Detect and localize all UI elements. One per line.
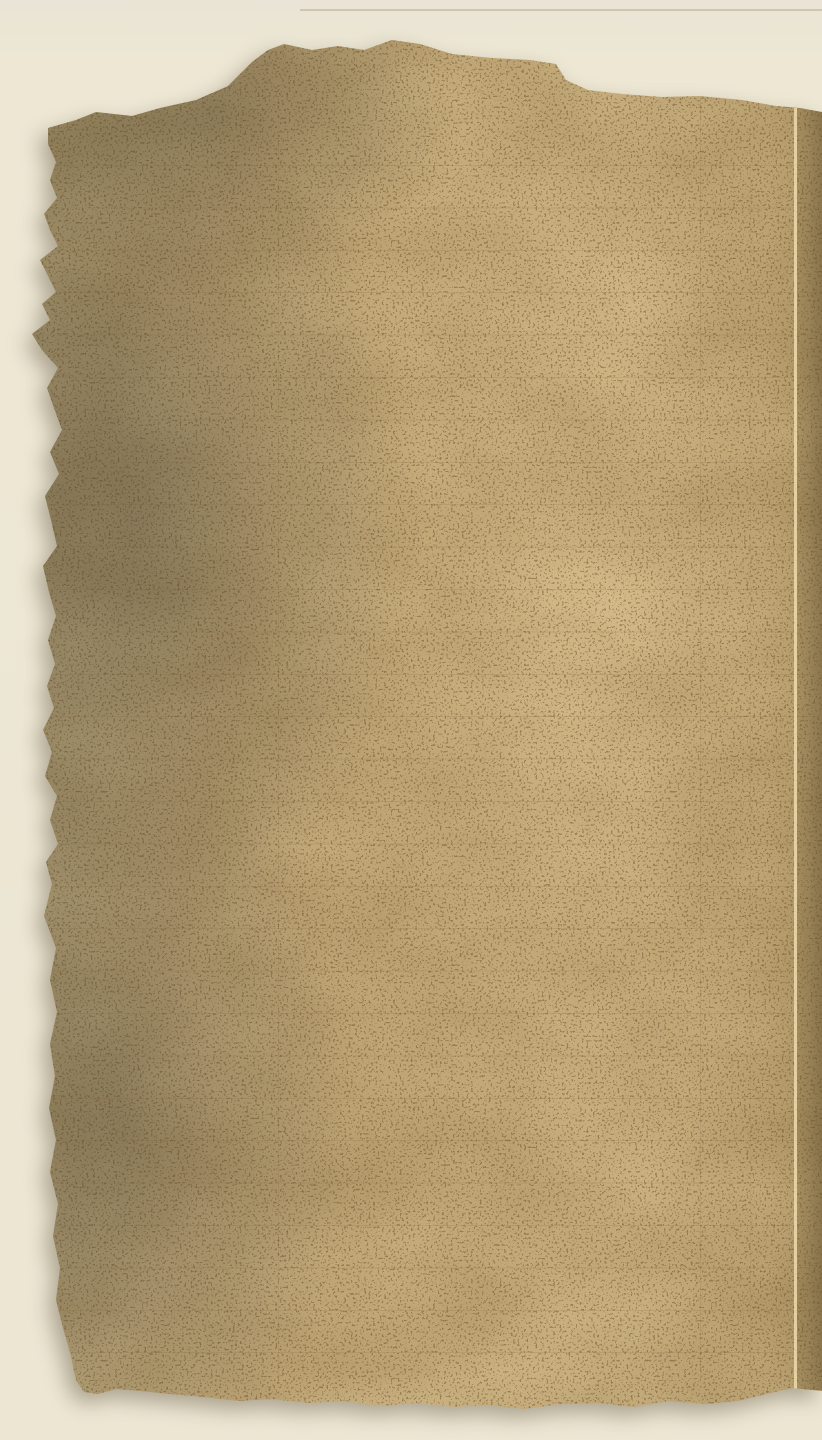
right-fold-shadow bbox=[797, 108, 822, 1390]
vertical-ruling-right bbox=[700, 98, 701, 1378]
manuscript-photo bbox=[0, 0, 822, 1440]
parchment-leaf-wrap bbox=[0, 0, 822, 1440]
parchment-leaf bbox=[0, 0, 822, 1440]
ruling-lines bbox=[36, 165, 816, 1355]
vertical-ruling-margin bbox=[750, 120, 751, 1380]
vertical-ruling-left bbox=[278, 120, 279, 1380]
